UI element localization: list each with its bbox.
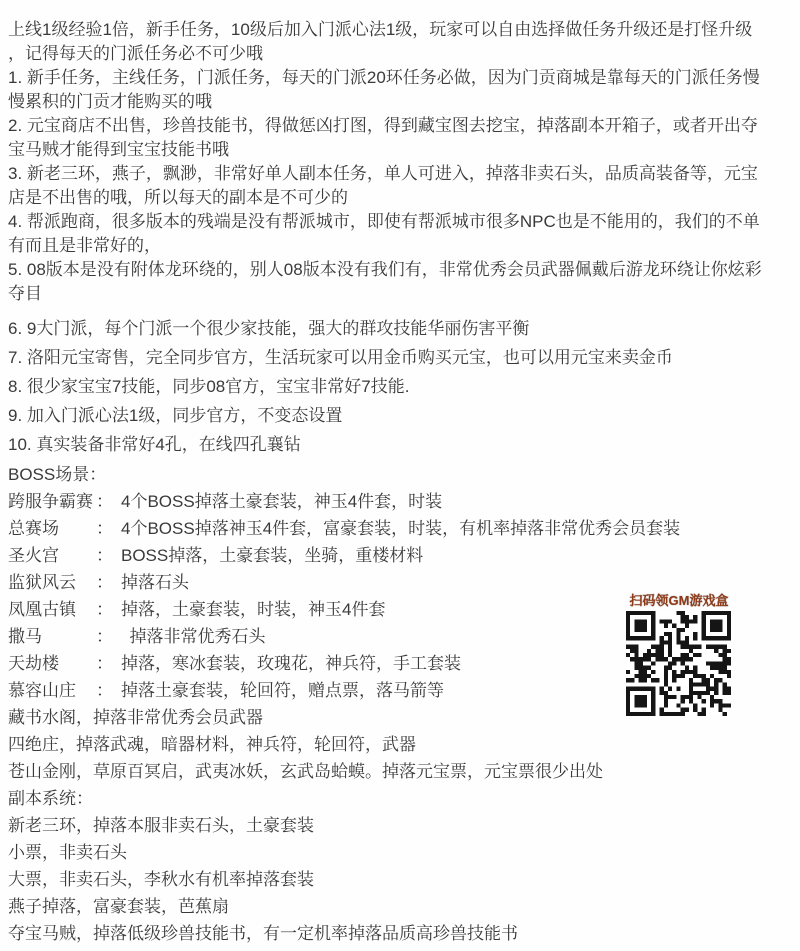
text-line: 4. 帮派跑商，很多版本的残端是没有帮派城市，即使有帮派城市很多NPC也是不能用…: [8, 210, 800, 234]
text-line: 上线1级经验1倍，新手任务，10级后加入门派心法1级，玩家可以自由选择做任务升级…: [8, 18, 800, 42]
intro-paragraphs-section: 上线1级经验1倍，新手任务，10级后加入门派心法1级，玩家可以自由选择做任务升级…: [8, 18, 800, 306]
text-line: 夺目: [8, 282, 800, 306]
scene-name: 天劫楼: [8, 650, 96, 677]
text-line: 小票，非卖石头: [8, 839, 800, 866]
qr-code: [626, 611, 731, 716]
text-line: 10. 真实装备非常好4孔，在线四孔襄钻: [8, 430, 800, 459]
text-line: 店是不出售的哦，所以每天的副本是不可少的: [8, 186, 800, 210]
scene-drops: 掉落，土豪套装，时装，神玉4件套: [121, 600, 385, 619]
scene-drops: 掉落，寒冰套装，玫瑰花，神兵符，手工套装: [121, 654, 461, 673]
server-description-page: 上线1级经验1倍，新手任务，10级后加入门派心法1级，玩家可以自由选择做任务升级…: [0, 0, 800, 951]
scene-name: 慕容山庄: [8, 677, 96, 704]
text-line: 7. 洛阳元宝寄售，完全同步官方，生活玩家可以用金币购买元宝，也可以用元宝来卖金…: [8, 343, 800, 372]
scene-drops: 4个BOSS掉落土豪套装，神玉4件套，时装: [121, 492, 442, 511]
scene-drops: 掉落土豪套装，轮回符，赠点票，落马箭等: [121, 681, 444, 700]
scene-drops: 掉落石头: [121, 573, 189, 592]
scene-drops: 4个BOSS掉落神玉4件套，富豪套装，时装，有机率掉落非常优秀会员套装: [121, 519, 680, 538]
text-line: 5. 08版本是没有附体龙环绕的，别人08版本没有我们有，非常优秀会员武器佩戴后…: [8, 258, 800, 282]
colon-separator: ：: [96, 600, 113, 619]
colon-separator: ：: [96, 519, 113, 538]
colon-separator: ：: [96, 546, 113, 565]
boss-scene-row: 圣火宫：BOSS掉落，土豪套装，坐骑，重楼材料: [8, 542, 800, 569]
colon-separator: ：: [96, 654, 113, 673]
colon-separator: ：: [96, 681, 113, 700]
text-line: 大票，非卖石头，李秋水有机率掉落套装: [8, 866, 800, 893]
colon-separator: ：: [96, 573, 113, 592]
text-line: 有而且是非常好的，: [8, 234, 800, 258]
scene-name: 监狱风云: [8, 569, 96, 596]
scene-drops: BOSS掉落，土豪套装，坐骑，重楼材料: [121, 546, 423, 565]
boss-scene-row: 监狱风云：掉落石头: [8, 569, 800, 596]
text-line: 四绝庄，掉落武魂，暗器材料，神兵符，轮回符，武器: [8, 731, 800, 758]
scene-name: 圣火宫: [8, 542, 96, 569]
text-line: 新老三环，掉落本服非卖石头，土豪套装: [8, 812, 800, 839]
text-line: 苍山金刚，草原百冥启，武夷冰妖，玄武岛蛤蟆。掉落元宝票，元宝票很少出处: [8, 758, 800, 785]
feature-items-section: 6. 9大门派，每个门派一个很少家技能，强大的群攻技能华丽伤害平衡7. 洛阳元宝…: [8, 314, 800, 459]
scene-drops: 掉落非常优秀石头: [113, 627, 266, 646]
scene-name: 总赛场: [8, 515, 96, 542]
text-line: 6. 9大门派，每个门派一个很少家技能，强大的群攻技能华丽伤害平衡: [8, 314, 800, 343]
text-line: 宝马贼才能得到宝宝技能书哦: [8, 138, 800, 162]
boss-scene-row: 总赛场：4个BOSS掉落神玉4件套，富豪套装，时装，有机率掉落非常优秀会员套装: [8, 515, 800, 542]
qr-block: 扫码领GM游戏盒: [626, 593, 732, 716]
text-line: 燕子掉落，富豪套装，芭蕉扇: [8, 893, 800, 920]
scene-name: 跨服争霸赛: [8, 488, 96, 515]
text-line: 2. 元宝商店不出售，珍兽技能书，得做惩凶打图，得到藏宝图去挖宝，掉落副本开箱子…: [8, 114, 800, 138]
boss-scene-row: 跨服争霸赛：4个BOSS掉落土豪套装，神玉4件套，时装: [8, 488, 800, 515]
scene-name: 凤凰古镇: [8, 596, 96, 623]
text-line: 副本系统：: [8, 785, 800, 812]
qr-caption: 扫码领GM游戏盒: [626, 593, 732, 609]
scene-name: 撒马: [8, 623, 96, 650]
text-line: BOSS场景：: [8, 461, 800, 488]
text-line: 8. 很少家宝宝7技能，同步08官方，宝宝非常好7技能.: [8, 372, 800, 401]
colon-separator: ：: [96, 492, 113, 511]
text-line: 慢累积的门贡才能购买的哦: [8, 90, 800, 114]
text-line: ，记得每天的门派任务必不可少哦: [8, 42, 800, 66]
text-line: 3. 新老三环，燕子，飘渺，非常好单人副本任务，单人可进入，掉落非卖石头，品质高…: [8, 162, 800, 186]
text-line: 夺宝马贼，掉落低级珍兽技能书，有一定机率掉落品质高珍兽技能书: [8, 920, 800, 947]
colon-separator: ：: [96, 627, 105, 646]
text-line: 9. 加入门派心法1级，同步官方，不变态设置: [8, 401, 800, 430]
text-line: 1. 新手任务，主线任务，门派任务，每天的门派20环任务必做，因为门贡商城是靠每…: [8, 66, 800, 90]
